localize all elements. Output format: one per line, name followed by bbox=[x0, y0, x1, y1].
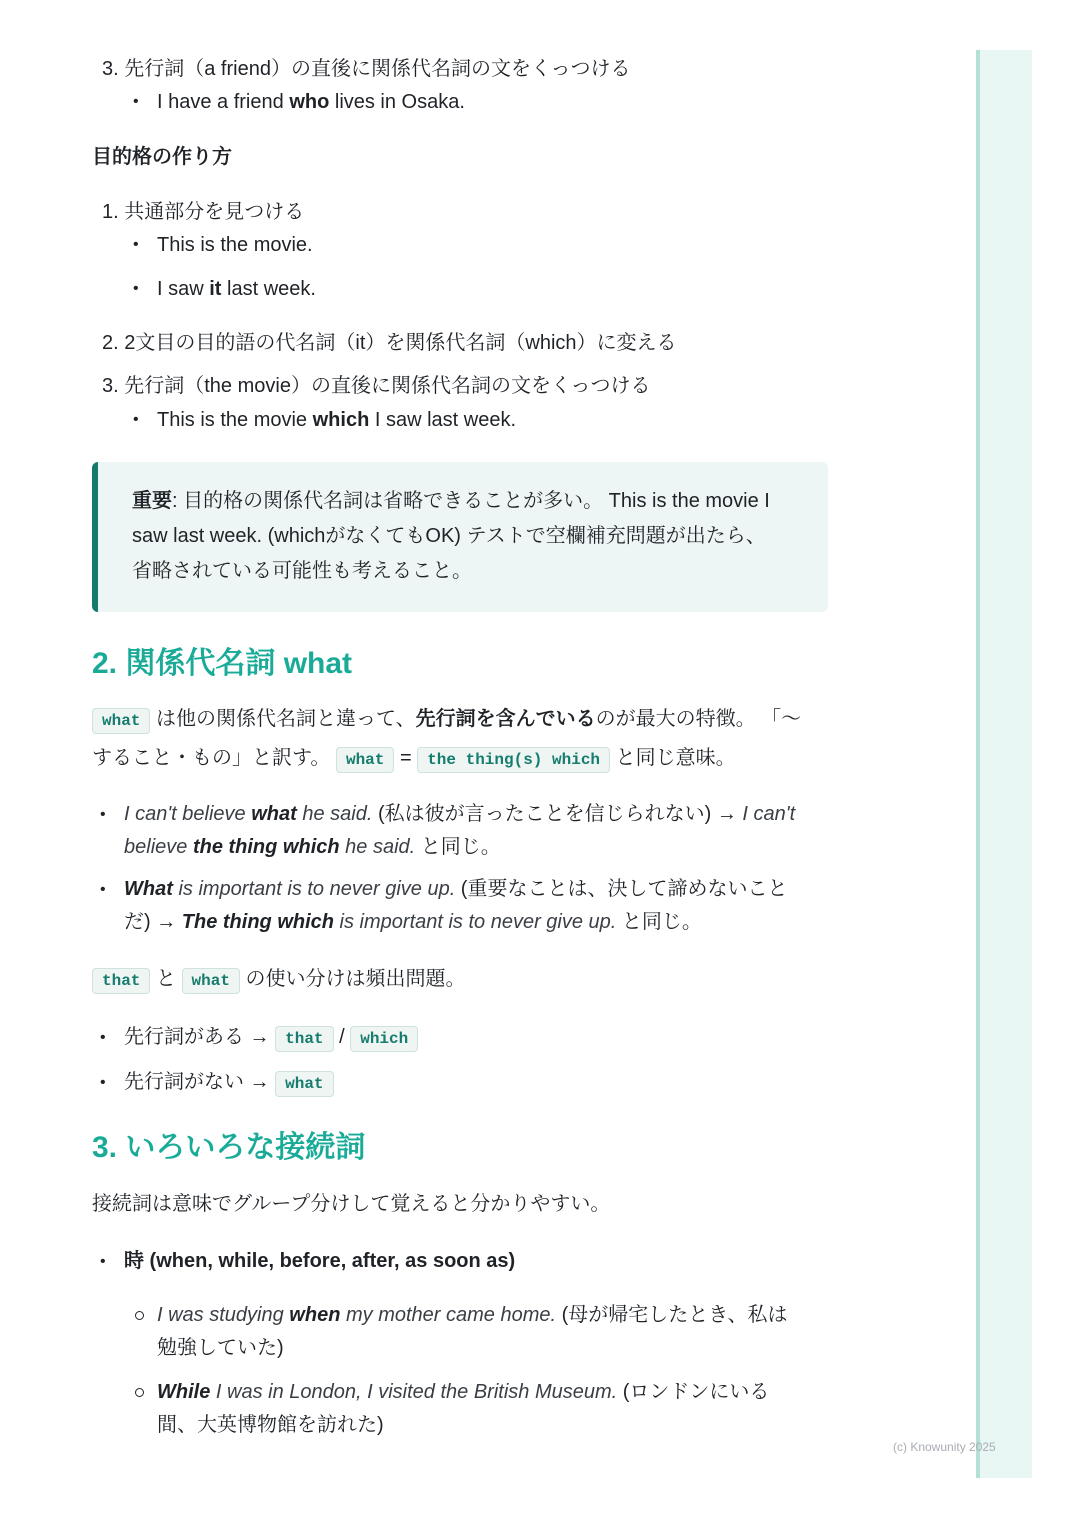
intro-line-1: what は他の関係代名詞と違って、先行詞を含んでいるのが最大の特徴。 「〜 bbox=[92, 701, 832, 740]
bullet-icon: • bbox=[100, 1245, 106, 1278]
example-bold: which bbox=[313, 409, 370, 431]
copyright-footer: (c) Knowunity 2025 bbox=[893, 1440, 996, 1454]
note-line-2: saw last week. (whichがなくてもOK) テストで空欄補充問題… bbox=[132, 519, 794, 554]
note-label: 重要 bbox=[132, 490, 172, 512]
example-bold: What bbox=[124, 878, 173, 900]
note-line-1: 重要: 目的格の関係代名詞は省略できることが多い。 This is the mo… bbox=[132, 484, 794, 519]
object-heading: 目的格の作り方 bbox=[92, 140, 232, 174]
document-page: 3. 先行詞（a friend）の直後に関係代名詞の文をくっつける • I ha… bbox=[0, 0, 1080, 1528]
example-italic: I was in London, I visited the British M… bbox=[210, 1381, 617, 1403]
code-what: what bbox=[275, 1071, 333, 1097]
example-italic: I was studying bbox=[157, 1304, 289, 1326]
example-translation: (母が帰宅したとき、私は bbox=[556, 1304, 787, 1326]
bullet-icon: • bbox=[133, 228, 139, 262]
section-2-intro: what は他の関係代名詞と違って、先行詞を含んでいるのが最大の特徴。 「〜 す… bbox=[92, 701, 832, 779]
bullet-icon: • bbox=[100, 1064, 106, 1101]
example-italic: he said. bbox=[297, 803, 373, 825]
step-number: 3. bbox=[102, 58, 119, 80]
section-3-heading: 3. いろいろな接続詞 bbox=[92, 1128, 365, 1168]
step-text: 2文目の目的語の代名詞（it）を関係代名詞（which）に変える bbox=[124, 332, 676, 354]
time-example-1: I was studying when my mother came home.… bbox=[157, 1299, 827, 1365]
example-bold: who bbox=[289, 91, 329, 113]
example-text: This is the movie. bbox=[157, 234, 313, 256]
usage-item-2: • 先行詞がない → what bbox=[124, 1064, 824, 1103]
step1-example-1: • This is the movie. bbox=[157, 228, 313, 262]
example-bold: what bbox=[251, 803, 297, 825]
example-translation: 間、大英博物館を訪れた) bbox=[157, 1409, 827, 1442]
example-translation: だ) → bbox=[124, 911, 182, 933]
step-text: 先行詞（a friend）の直後に関係代名詞の文をくっつける bbox=[124, 58, 630, 80]
example-translation: (ロンドンにいる bbox=[617, 1381, 769, 1403]
step-number: 3. bbox=[102, 375, 119, 397]
usage-text: の使い分けは頻出問題。 bbox=[246, 968, 466, 990]
intro-text: すること・もの」と訳す。 bbox=[92, 747, 330, 769]
group-label: 時 (when, while, before, after, as soon a… bbox=[124, 1250, 515, 1272]
separator: / bbox=[339, 1026, 345, 1048]
usage-item-text: 先行詞がない → bbox=[124, 1071, 275, 1093]
example-text: lives in Osaka. bbox=[329, 91, 465, 113]
example-line: While I was in London, I visited the Bri… bbox=[157, 1376, 827, 1409]
code-what: what bbox=[92, 708, 150, 734]
example-bold: when bbox=[289, 1304, 340, 1326]
example-italic: I can't bbox=[742, 803, 795, 825]
example-line: What is important is to never give up. (… bbox=[124, 873, 824, 906]
step3-example: • This is the movie which I saw last wee… bbox=[157, 403, 516, 437]
example-line: だ) → The thing which is important is to … bbox=[124, 906, 824, 939]
subject-example: • I have a friend who lives in Osaka. bbox=[157, 85, 465, 119]
object-step-2: 2. 2文目の目的語の代名詞（it）を関係代名詞（which）に変える bbox=[102, 326, 677, 360]
code-what: what bbox=[182, 968, 240, 994]
note-line-3: 省略されている可能性も考えること。 bbox=[132, 554, 794, 589]
circle-bullet-icon bbox=[135, 1311, 144, 1320]
example-text: This is the movie bbox=[157, 409, 313, 431]
what-example-1: • I can't believe what he said. (私は彼が言った… bbox=[124, 798, 824, 864]
step1-example-2: • I saw it last week. bbox=[157, 272, 316, 306]
code-the-things-which: the thing(s) which bbox=[417, 747, 610, 773]
bullet-icon: • bbox=[100, 873, 106, 906]
example-bold: The thing which bbox=[182, 911, 334, 933]
example-text: I have a friend bbox=[157, 91, 289, 113]
what-example-2: • What is important is to never give up.… bbox=[124, 873, 824, 939]
example-translation: (私は彼が言ったことを信じられない) → bbox=[372, 803, 742, 825]
section-3-intro: 接続詞は意味でグループ分けして覚えると分かりやすい。 bbox=[92, 1186, 832, 1223]
circle-bullet-icon bbox=[135, 1388, 144, 1397]
example-bold: it bbox=[209, 278, 221, 300]
note-text: : 目的格の関係代名詞は省略できることが多い。 This is the movi… bbox=[172, 490, 770, 512]
usage-text: と bbox=[156, 968, 176, 990]
example-italic: he said. bbox=[340, 836, 416, 858]
conjunction-group-time: • 時 (when, while, before, after, as soon… bbox=[124, 1245, 824, 1278]
code-which: which bbox=[350, 1026, 418, 1052]
example-line: I can't believe what he said. (私は彼が言ったこと… bbox=[124, 798, 824, 831]
example-italic: my mother came home. bbox=[340, 1304, 556, 1326]
example-italic: is important is to never give up. bbox=[334, 911, 616, 933]
code-what: what bbox=[336, 747, 394, 773]
example-translation: (重要なことは、決して諦めないこと bbox=[455, 878, 787, 900]
intro-text: は他の関係代名詞と違って、 bbox=[150, 708, 415, 730]
example-text: last week. bbox=[221, 278, 315, 300]
usage-item-text: 先行詞がある → bbox=[124, 1026, 275, 1048]
bullet-icon: • bbox=[133, 272, 139, 306]
important-note-callout: 重要: 目的格の関係代名詞は省略できることが多い。 This is the mo… bbox=[92, 462, 828, 612]
time-example-2: While I was in London, I visited the Bri… bbox=[157, 1376, 827, 1442]
bullet-icon: • bbox=[133, 85, 139, 119]
example-text: I saw last week. bbox=[369, 409, 516, 431]
usage-item-1: • 先行詞がある → that / which bbox=[124, 1019, 824, 1058]
page-side-margin-bar bbox=[976, 50, 1032, 1478]
example-translation: と同じ。 bbox=[415, 836, 501, 858]
code-that: that bbox=[92, 968, 150, 994]
intro-text: のが最大の特徴。 「〜 bbox=[596, 708, 802, 730]
section-2-heading: 2. 関係代名詞 what bbox=[92, 644, 352, 684]
example-text: I saw bbox=[157, 278, 209, 300]
object-step-1: 1. 共通部分を見つける bbox=[102, 195, 304, 229]
intro-line-2: すること・もの」と訳す。 what = the thing(s) which と… bbox=[92, 740, 832, 779]
example-translation: と同じ。 bbox=[616, 911, 702, 933]
subject-step-3: 3. 先行詞（a friend）の直後に関係代名詞の文をくっつける bbox=[102, 52, 631, 86]
example-italic: I can't believe bbox=[124, 803, 251, 825]
example-line: believe the thing which he said. と同じ。 bbox=[124, 831, 824, 864]
bullet-icon: • bbox=[100, 1019, 106, 1056]
equals-sign: = bbox=[400, 747, 412, 769]
intro-text: と同じ意味。 bbox=[616, 747, 736, 769]
usage-line: that と what の使い分けは頻出問題。 bbox=[92, 961, 832, 1000]
bullet-icon: • bbox=[133, 403, 139, 437]
example-italic: believe bbox=[124, 836, 193, 858]
example-italic: is important is to never give up. bbox=[173, 878, 455, 900]
example-bold: the thing which bbox=[193, 836, 340, 858]
step-text: 共通部分を見つける bbox=[124, 201, 304, 223]
step-number: 1. bbox=[102, 201, 119, 223]
object-step-3: 3. 先行詞（the movie）の直後に関係代名詞の文をくっつける bbox=[102, 369, 651, 403]
example-bold: While bbox=[157, 1381, 210, 1403]
bullet-icon: • bbox=[100, 798, 106, 831]
code-that: that bbox=[275, 1026, 333, 1052]
example-translation: 勉強していた) bbox=[157, 1332, 827, 1365]
intro-bold: 先行詞を含んでいる bbox=[416, 708, 596, 730]
step-text: 先行詞（the movie）の直後に関係代名詞の文をくっつける bbox=[124, 375, 650, 397]
step-number: 2. bbox=[102, 332, 119, 354]
example-line: I was studying when my mother came home.… bbox=[157, 1299, 827, 1332]
